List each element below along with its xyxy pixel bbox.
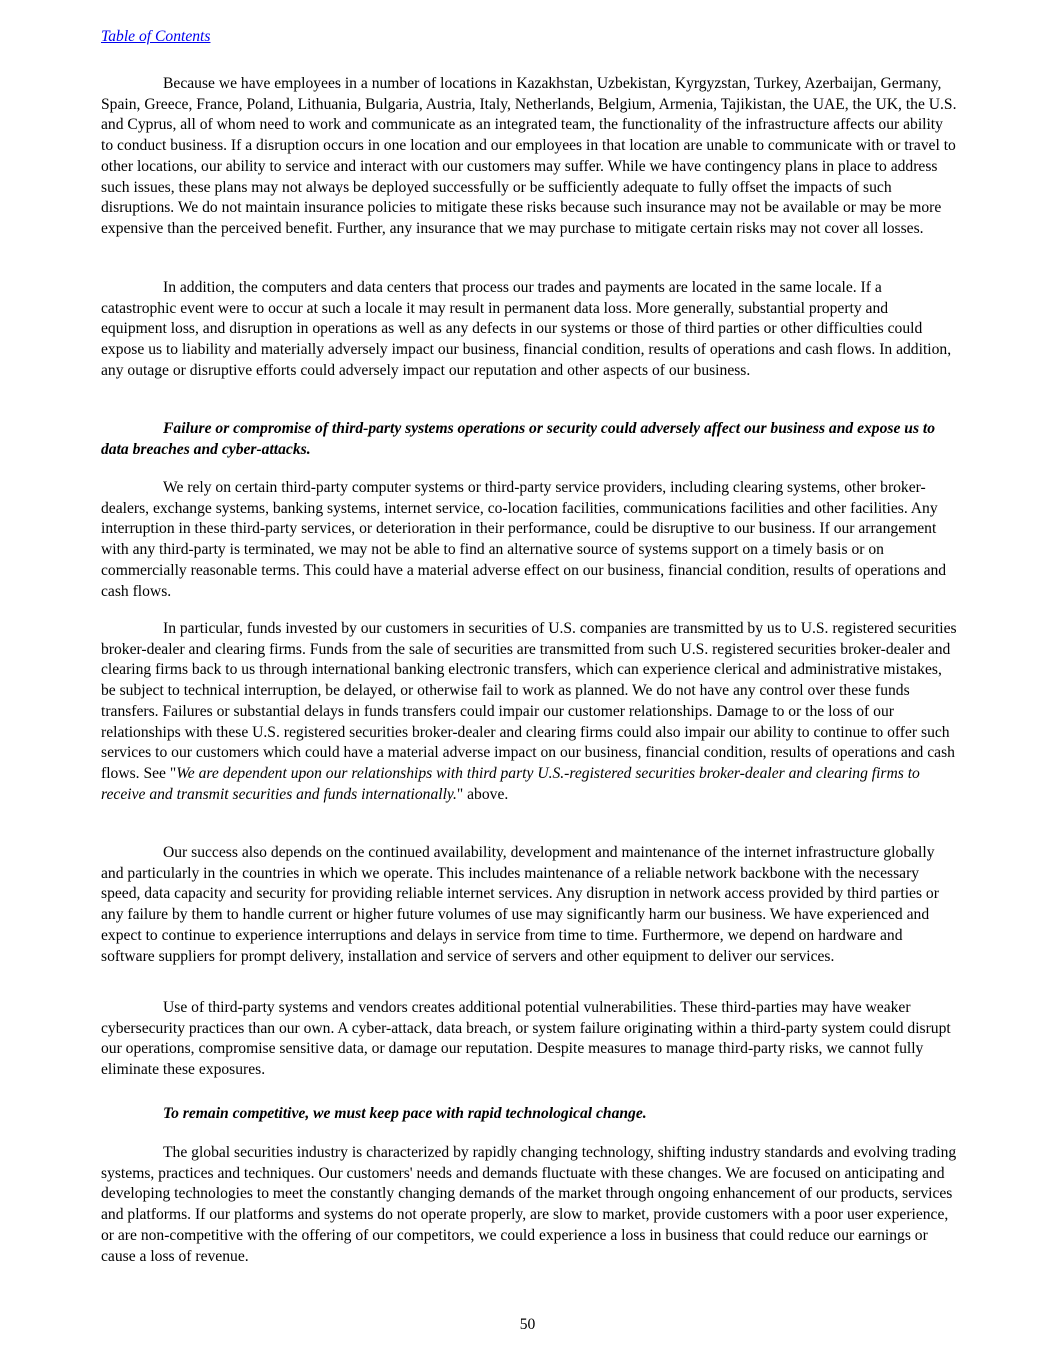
paragraph-locations-disruption: Because we have employees in a number of… xyxy=(101,74,957,240)
paragraph-internet-infrastructure: Our success also depends on the continue… xyxy=(101,843,957,967)
heading-text: To remain competitive, we must keep pace… xyxy=(101,1104,957,1125)
paragraph-text: We rely on certain third-party computer … xyxy=(101,478,957,602)
paragraph-data-centers: In addition, the computers and data cent… xyxy=(101,278,957,382)
page-number: 50 xyxy=(0,1315,1055,1335)
paragraph-text: In particular, funds invested by our cus… xyxy=(101,619,957,805)
cross-reference-text: We are dependent upon our relationships … xyxy=(101,765,920,803)
table-of-contents-link[interactable]: Table of Contents xyxy=(101,27,210,47)
paragraph-securities-industry-technology: The global securities industry is charac… xyxy=(101,1143,957,1267)
paragraph-third-party-vulnerabilities: Use of third-party systems and vendors c… xyxy=(101,998,957,1081)
paragraph-third-party-providers: We rely on certain third-party computer … xyxy=(101,478,957,602)
paragraph-tail-text: " above. xyxy=(457,786,508,803)
paragraph-text: In addition, the computers and data cent… xyxy=(101,278,957,382)
paragraph-main-text: In particular, funds invested by our cus… xyxy=(101,620,957,782)
section-heading-technological-change: To remain competitive, we must keep pace… xyxy=(101,1104,957,1125)
heading-text: Failure or compromise of third-party sys… xyxy=(101,419,957,460)
paragraph-text: Our success also depends on the continue… xyxy=(101,843,957,967)
paragraph-text: Because we have employees in a number of… xyxy=(101,74,957,240)
paragraph-text: Use of third-party systems and vendors c… xyxy=(101,998,957,1081)
paragraph-funds-transfers: In particular, funds invested by our cus… xyxy=(101,619,957,805)
paragraph-text: The global securities industry is charac… xyxy=(101,1143,957,1267)
section-heading-third-party-systems: Failure or compromise of third-party sys… xyxy=(101,419,957,460)
